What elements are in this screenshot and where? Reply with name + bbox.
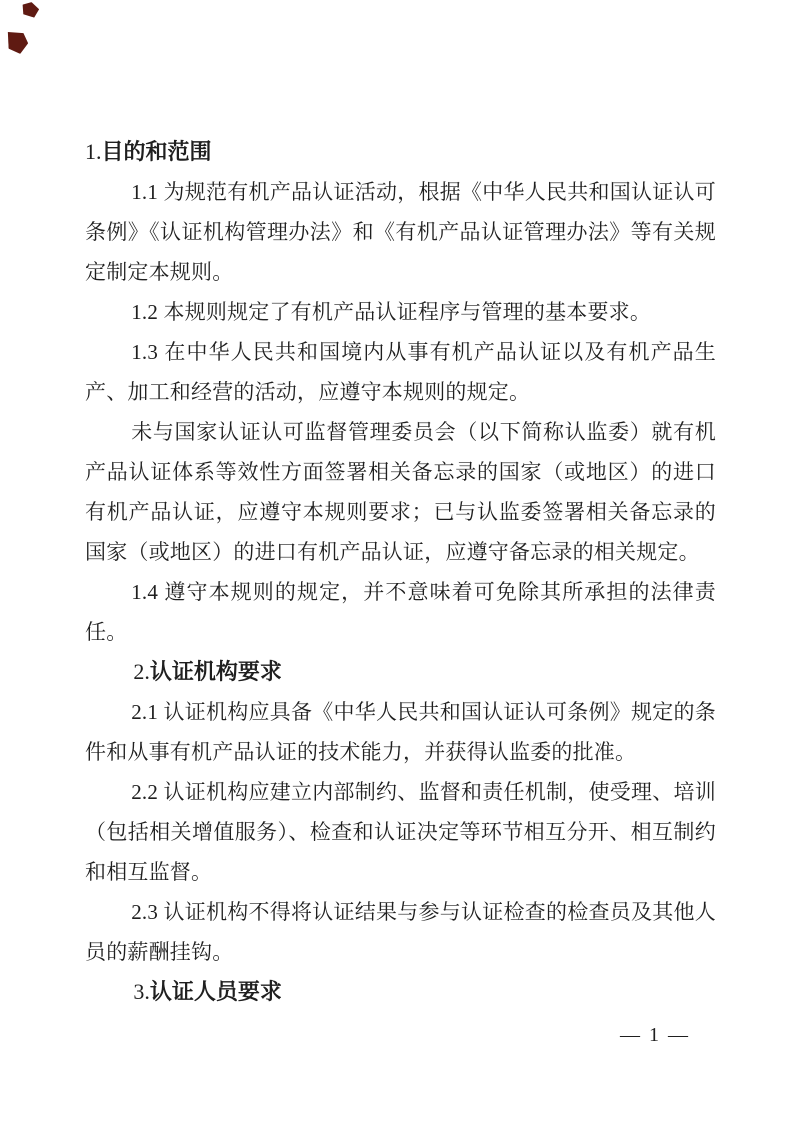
section-heading-2: 2.认证机构要求 xyxy=(85,652,716,692)
section-heading-2-title: 认证机构要求 xyxy=(150,659,282,684)
paragraph-2-3: 2.3 认证机构不得将认证结果与参与认证检查的检查员及其他人员的薪酬挂钩。 xyxy=(85,892,716,972)
section-heading-3-number: 3. xyxy=(133,979,150,1004)
page-number: — 1 — xyxy=(620,1022,690,1048)
section-heading-1: 1.目的和范围 xyxy=(85,132,716,172)
section-heading-1-number: 1. xyxy=(85,139,102,164)
paragraph-1-4: 1.4 遵守本规则的规定，并不意味着可免除其所承担的法律责任。 xyxy=(85,572,716,652)
corner-mark-2-icon xyxy=(7,30,29,55)
corner-mark-1-icon xyxy=(21,1,40,18)
section-heading-1-title: 目的和范围 xyxy=(102,139,212,164)
paragraph-2-1: 2.1 认证机构应具备《中华人民共和国认证认可条例》规定的条件和从事有机产品认证… xyxy=(85,692,716,772)
paragraph-1-3-continued: 未与国家认证认可监督管理委员会（以下简称认监委）就有机产品认证体系等效性方面签署… xyxy=(85,412,716,572)
paragraph-1-1: 1.1 为规范有机产品认证活动，根据《中华人民共和国认证认可条例》《认证机构管理… xyxy=(85,172,716,292)
section-heading-2-number: 2. xyxy=(133,659,150,684)
section-heading-3: 3.认证人员要求 xyxy=(85,972,716,1012)
paragraph-1-2: 1.2 本规则规定了有机产品认证程序与管理的基本要求。 xyxy=(85,292,716,332)
document-body: 1.目的和范围 1.1 为规范有机产品认证活动，根据《中华人民共和国认证认可条例… xyxy=(85,132,716,1012)
paragraph-1-3: 1.3 在中华人民共和国境内从事有机产品认证以及有机产品生产、加工和经营的活动，… xyxy=(85,332,716,412)
document-page: 1.目的和范围 1.1 为规范有机产品认证活动，根据《中华人民共和国认证认可条例… xyxy=(0,0,800,1127)
paragraph-2-2: 2.2 认证机构应建立内部制约、监督和责任机制，使受理、培训（包括相关增值服务）… xyxy=(85,772,716,892)
section-heading-3-title: 认证人员要求 xyxy=(150,979,282,1004)
